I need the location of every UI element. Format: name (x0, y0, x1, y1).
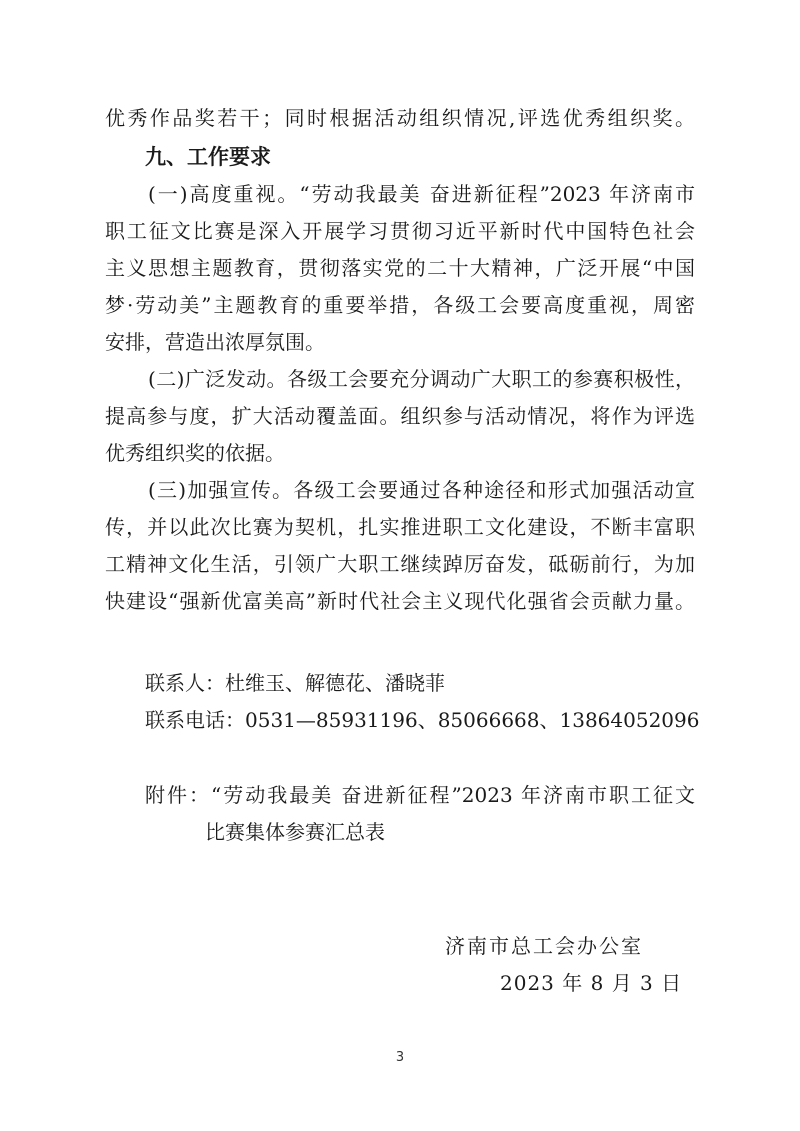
attachment-line-1: 附件：“劳动我最美 奋进新征程”2023 年济南市职工征文 (145, 782, 695, 808)
paragraph-2-line-3: 优秀组织奖的依据。 (105, 440, 695, 466)
signature-organization: 济南市总工会办公室 (445, 933, 643, 959)
paragraph-1-line-5: 安排，营造出浓厚氛围。 (105, 329, 695, 355)
paragraph-1-line-2: 职工征文比赛是深入开展学习贯彻习近平新时代中国特色社会 (105, 218, 695, 244)
signature-date: 2023 年 8 月 3 日 (500, 970, 682, 996)
paragraph-2-line-2: 提高参与度，扩大活动覆盖面。组织参与活动情况，将作为评选 (105, 403, 695, 429)
contact-phones: 联系电话：0531—85931196、85066668、13864052096 (145, 707, 699, 733)
paragraph-1-line-3: 主义思想主题教育，贯彻落实党的二十大精神，广泛开展“中国 (105, 255, 695, 281)
paragraph-2-line-1: (二)广泛发动。各级工会要充分调动广大职工的参赛积极性， (148, 366, 695, 392)
paragraph-3-line-3: 工精神文化生活，引领广大职工继续踔厉奋发，砥砺前行，为加 (105, 551, 695, 577)
contact-people: 联系人：杜维玉、解德花、潘晓菲 (145, 670, 445, 696)
paragraph-3-line-1: (三)加强宣传。各级工会要通过各种途径和形式加强活动宣 (148, 477, 695, 503)
paragraph-1-line-1: (一)高度重视。“劳动我最美 奋进新征程”2023 年济南市 (148, 181, 695, 207)
document-page: 优秀作品奖若干；同时根据活动组织情况,评选优秀组织奖。 九、工作要求 (一)高度… (0, 0, 800, 1131)
attachment-line-2: 比赛集体参赛汇总表 (205, 819, 385, 845)
paragraph-1-line-4: 梦·劳动美”主题教育的重要举措，各级工会要高度重视，周密 (105, 292, 695, 318)
paragraph-3-line-4: 快建设“强新优富美高”新时代社会主义现代化强省会贡献力量。 (105, 588, 695, 614)
intro-tail-text: 优秀作品奖若干；同时根据活动组织情况,评选优秀组织奖。 (105, 105, 695, 131)
section-heading: 九、工作要求 (145, 144, 271, 170)
paragraph-3-line-2: 传，并以此次比赛为契机，扎实推进职工文化建设，不断丰富职 (105, 514, 695, 540)
page-number: 3 (0, 1050, 800, 1065)
